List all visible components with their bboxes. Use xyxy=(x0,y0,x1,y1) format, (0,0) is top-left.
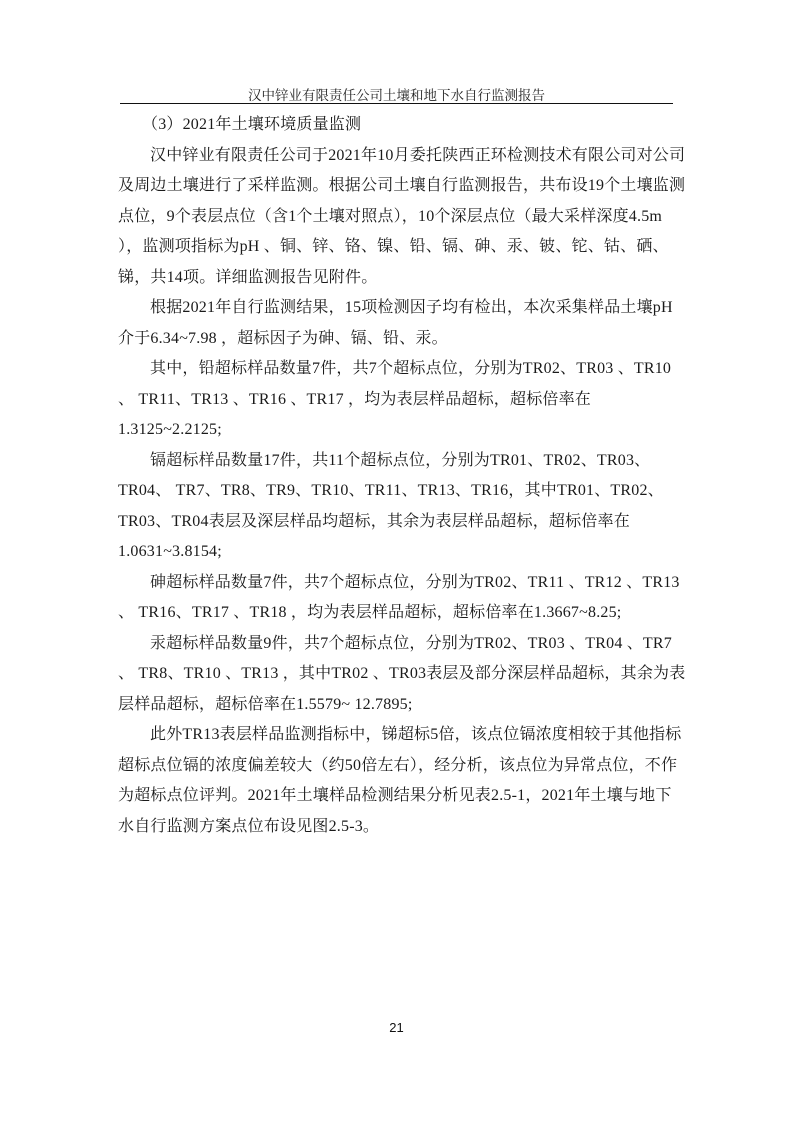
text-line: 1.0631~3.8154; xyxy=(118,537,678,568)
paragraph-mercury-exceedance: 汞超标样品数量9件，共7个超标点位，分别为TR02、TR03 、TR04 、TR… xyxy=(118,629,678,721)
text-line: 超标点位镉的浓度偏差较大（约50倍左右），经分析，该点位为异常点位，不作 xyxy=(118,751,678,782)
paragraph-lead-exceedance: 其中，铅超标样品数量7件，共7个超标点位，分别为TR02、TR03 、TR10 … xyxy=(118,354,678,446)
text-line: 其中，铅超标样品数量7件，共7个超标点位，分别为TR02、TR03 、TR10 xyxy=(118,354,678,385)
paragraph-tr13-anomaly: 此外TR13表层样品监测指标中，锑超标5倍，该点位镉浓度相较于其他指标 超标点位… xyxy=(118,720,678,842)
text-line: 点位，9个表层点位（含1个土壤对照点），10个深层点位（最大采样深度4.5m xyxy=(118,202,678,233)
text-line: 锑，共14项。详细监测报告见附件。 xyxy=(118,263,678,294)
text-line: 层样品超标，超标倍率在1.5579~ 12.7895; xyxy=(118,690,678,721)
text-line: 根据2021年自行监测结果，15项检测因子均有检出，本次采集样品土壤pH xyxy=(118,293,678,324)
text-line: 汞超标样品数量9件，共7个超标点位，分别为TR02、TR03 、TR04 、TR… xyxy=(118,629,678,660)
running-header: 汉中锌业有限责任公司土壤和地下水自行监测报告 xyxy=(120,84,673,104)
text-line: TR03、TR04表层及深层样品均超标，其余为表层样品超标，超标倍率在 xyxy=(118,507,678,538)
text-line: 介于6.34~7.98 ，超标因子为砷、镉、铅、汞。 xyxy=(118,324,678,355)
section-heading: （3）2021年土壤环境质量监测 xyxy=(118,110,678,141)
text-line: 为超标点位评判。2021年土壤样品检测结果分析见表2.5-1，2021年土壤与地… xyxy=(118,781,678,812)
text-line: 镉超标样品数量17件，共11个超标点位，分别为TR01、TR02、TR03、 xyxy=(118,446,678,477)
paragraph-arsenic-exceedance: 砷超标样品数量7件，共7个超标点位，分别为TR02、TR11 、TR12 、TR… xyxy=(118,568,678,629)
header-rule xyxy=(120,103,673,104)
text-line: 汉中锌业有限责任公司于2021年10月委托陕西正环检测技术有限公司对公司 xyxy=(118,141,678,172)
document-body: （3）2021年土壤环境质量监测 汉中锌业有限责任公司于2021年10月委托陕西… xyxy=(118,110,678,842)
text-line: 砷超标样品数量7件，共7个超标点位，分别为TR02、TR11 、TR12 、TR… xyxy=(118,568,678,599)
paragraph-results-summary: 根据2021年自行监测结果，15项检测因子均有检出，本次采集样品土壤pH 介于6… xyxy=(118,293,678,354)
text-line: 、 TR11、TR13 、TR16 、TR17 ，均为表层样品超标，超标倍率在 xyxy=(118,385,678,416)
text-line: TR04、 TR7、TR8、TR9、TR10、TR11、TR13、TR16，其中… xyxy=(118,476,678,507)
text-line: ），监测项指标为pH 、铜、锌、铬、镍、铅、镉、砷、汞、铍、铊、钴、硒、 xyxy=(118,232,678,263)
text-line: 1.3125~2.2125; xyxy=(118,415,678,446)
text-line: 、 TR8、TR10 、TR13 ，其中TR02 、TR03表层及部分深层样品超… xyxy=(118,659,678,690)
text-line: 此外TR13表层样品监测指标中，锑超标5倍，该点位镉浓度相较于其他指标 xyxy=(118,720,678,751)
text-line: 及周边土壤进行了采样监测。根据公司土壤自行监测报告，共布设19个土壤监测 xyxy=(118,171,678,202)
page-number: 21 xyxy=(0,1020,793,1035)
paragraph-cadmium-exceedance: 镉超标样品数量17件，共11个超标点位，分别为TR01、TR02、TR03、 T… xyxy=(118,446,678,568)
text-line: 水自行监测方案点位布设见图2.5-3。 xyxy=(118,812,678,843)
text-line: 、 TR16、TR17 、TR18 ，均为表层样品超标，超标倍率在1.3667~… xyxy=(118,598,678,629)
paragraph-monitoring-overview: 汉中锌业有限责任公司于2021年10月委托陕西正环检测技术有限公司对公司 及周边… xyxy=(118,141,678,294)
